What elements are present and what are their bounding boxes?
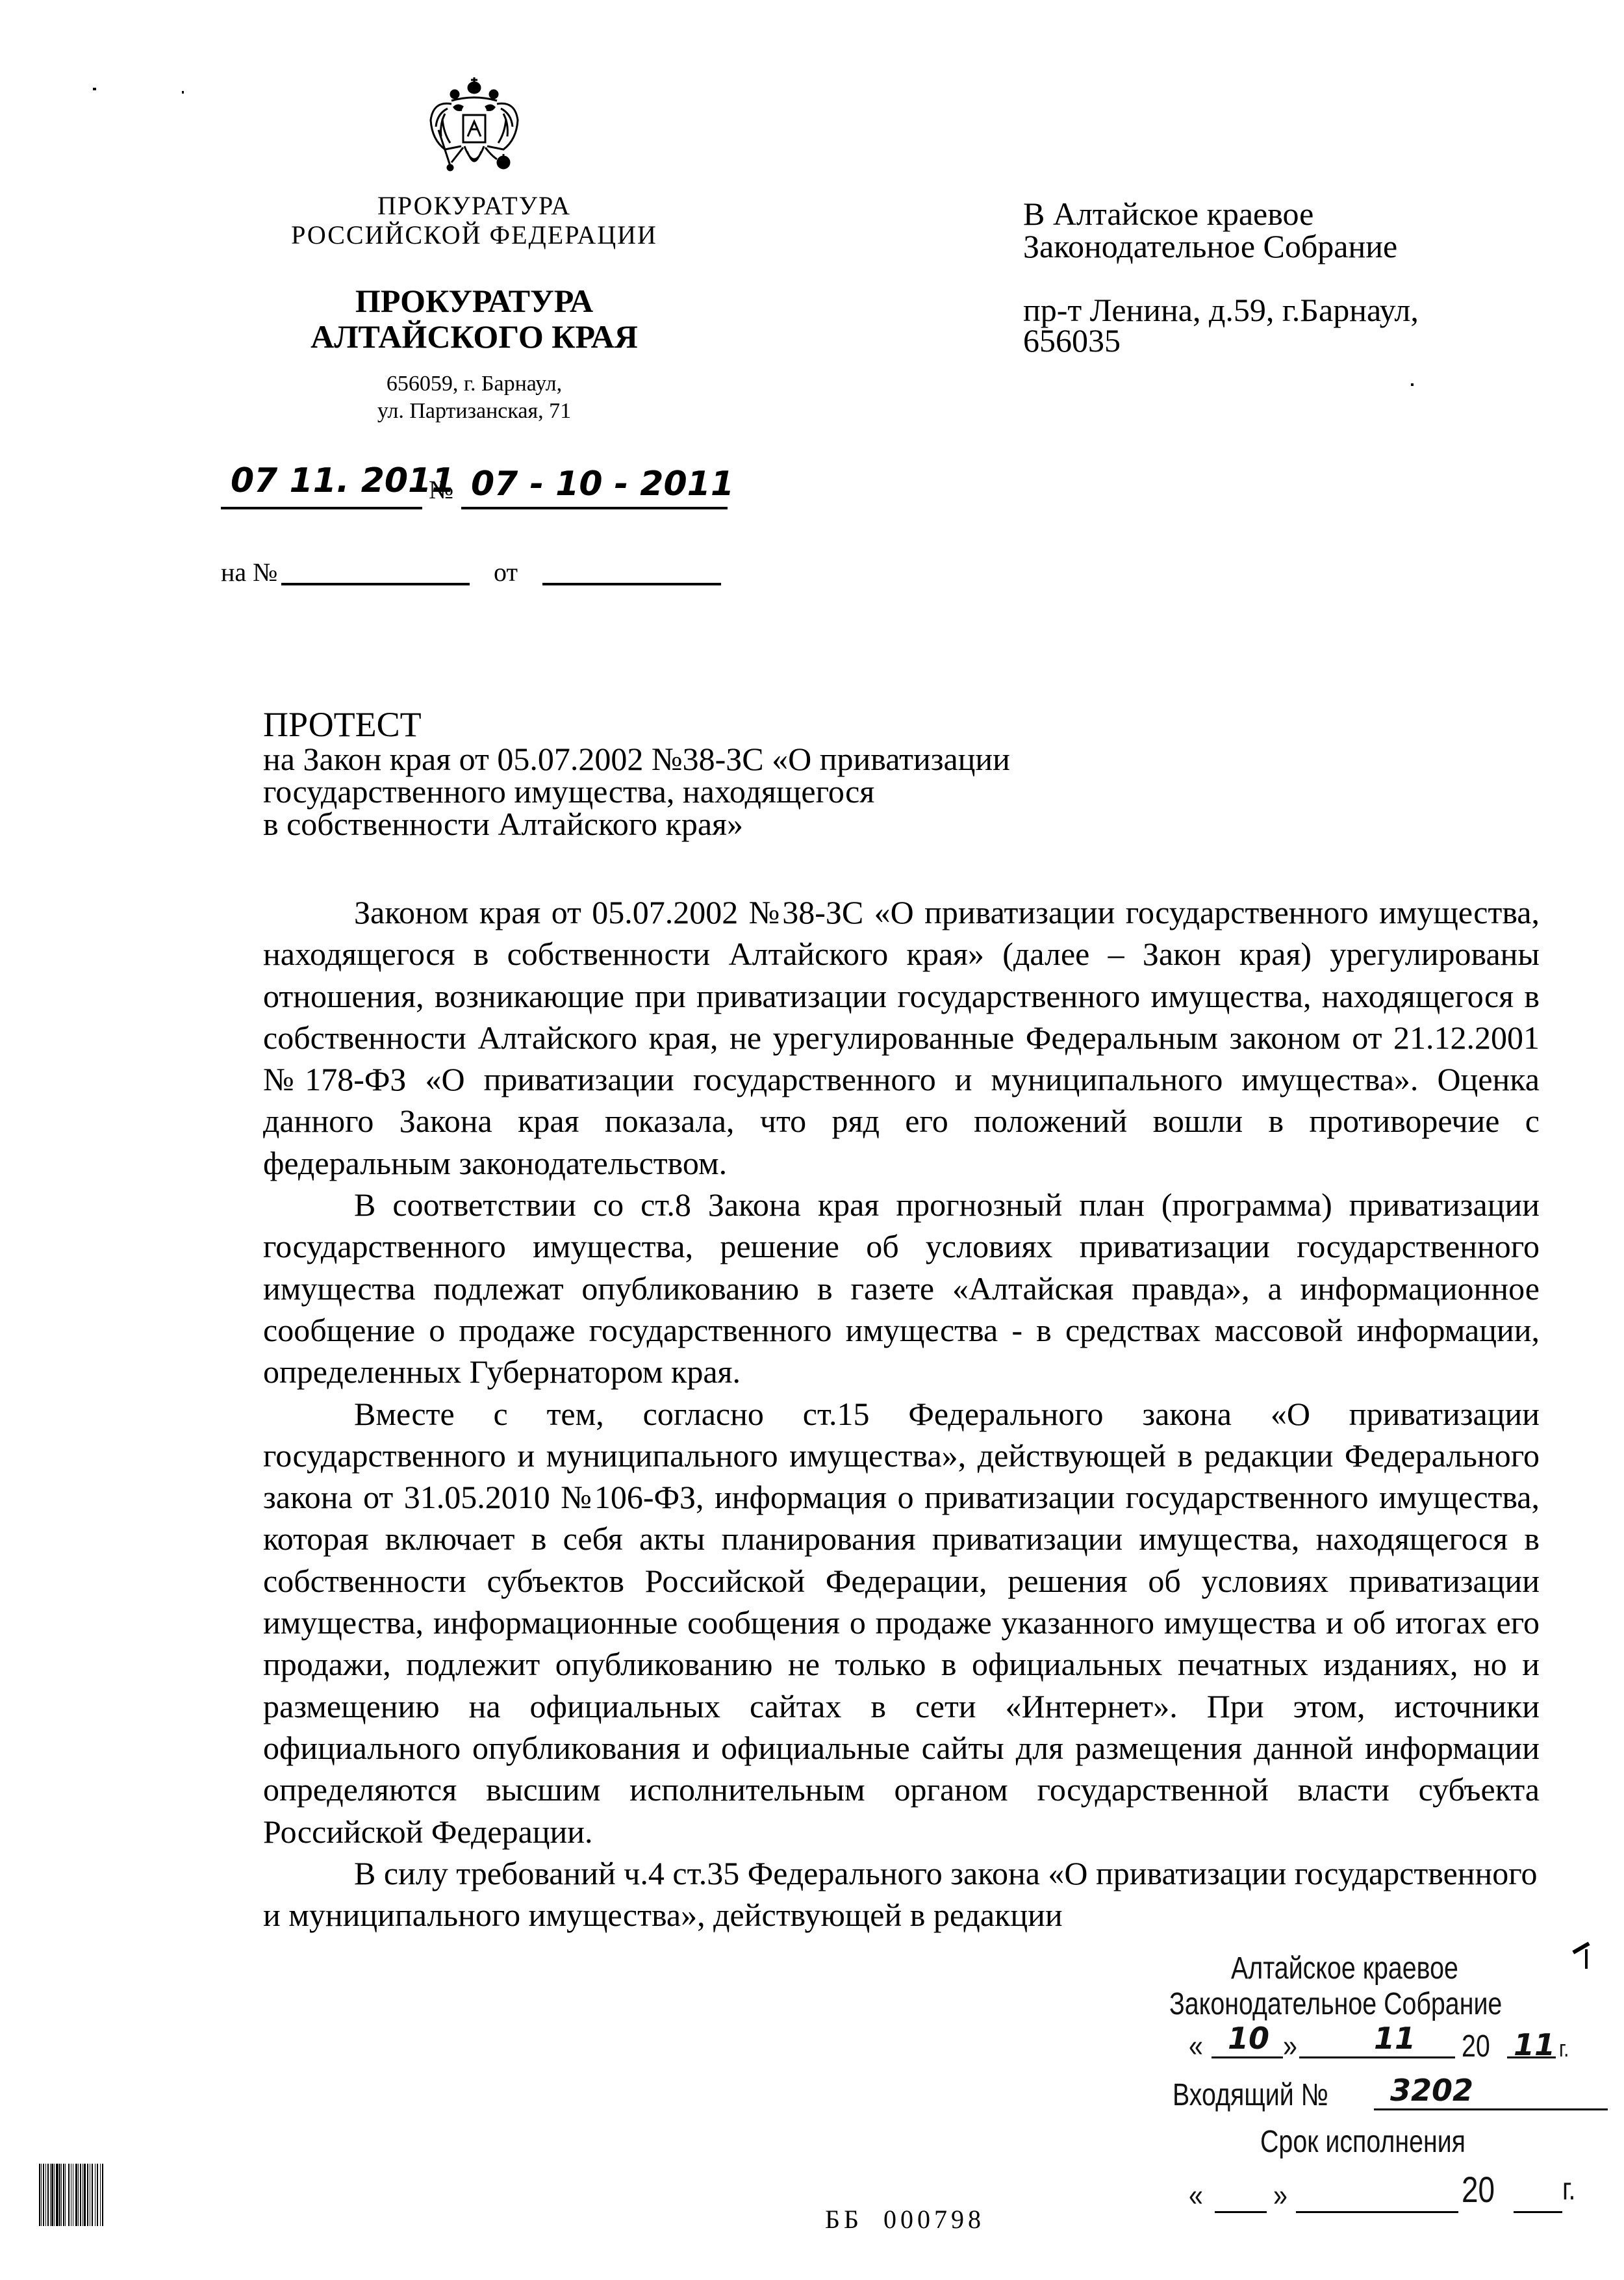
stamp-year-underline — [1507, 2056, 1556, 2058]
from-label: от — [494, 557, 518, 587]
scan-speck — [182, 91, 184, 94]
stamp-deadline-year-prefix: 20 — [1462, 2173, 1495, 2206]
stamp-day-underline — [1212, 2056, 1283, 2058]
coat-of-arms-emblem — [425, 75, 523, 185]
addressee-line2: Законодательное Собрание — [1023, 231, 1397, 262]
stamp-deadline-suffix: г. — [1562, 2173, 1575, 2206]
from-date-field — [542, 583, 721, 585]
body-paragraph: Законом края от 05.07.2002 №38-ЗС «О при… — [263, 891, 1540, 1184]
outgoing-date-handwritten: 07 11. 2011 — [231, 461, 455, 500]
title-line1: на Закон края от 05.07.2002 №38-ЗС «О пр… — [263, 743, 1010, 775]
document-body: Законом края от 05.07.2002 №38-ЗС «О при… — [263, 891, 1540, 1936]
org-name-line1: ПРОКУРАТУРА — [279, 192, 669, 220]
scan-speck — [93, 88, 96, 90]
addressee-line1: В Алтайское краевое — [1023, 198, 1313, 229]
stamp-date-close-quote: » — [1283, 2030, 1297, 2063]
title-line2: государственного имущества, находящегося — [263, 775, 874, 808]
office-address-line2: ул. Партизанская, 71 — [279, 398, 669, 425]
org-name-line2: РОССИЙСКОЙ ФЕДЕРАЦИИ — [279, 221, 669, 250]
date-underline — [221, 507, 422, 509]
stamp-line1: Алтайское краевое — [1231, 1953, 1458, 1985]
stamp-date-open-quote: « — [1189, 2030, 1203, 2063]
barcode — [39, 2164, 104, 2226]
reply-number-field — [281, 583, 470, 585]
body-paragraph: В соответствии со ст.8 Закона края прогн… — [263, 1184, 1540, 1392]
office-address-line1: 656059, г. Барнаул, — [279, 370, 669, 398]
stamp-mark — [1585, 1949, 1588, 1969]
office-name-line2: АЛТАЙСКОГО КРАЯ — [247, 318, 702, 355]
stamp-deadline-open-quote: « — [1189, 2180, 1203, 2212]
office-name-line1: ПРОКУРАТУРА — [247, 283, 702, 319]
stamp-month-underline — [1299, 2056, 1455, 2058]
addressee-address-line2: 656035 — [1023, 325, 1121, 356]
stamp-deadline-day-field — [1215, 2211, 1267, 2213]
number-underline — [461, 507, 728, 509]
stamp-deadline-label: Срок исполнения — [1260, 2126, 1465, 2158]
stamp-incoming-number: 3202 — [1390, 2073, 1473, 2108]
number-sign: № — [429, 474, 453, 505]
outgoing-number-handwritten: 07 - 10 - 2011 — [471, 465, 734, 504]
body-paragraph: Вместе с тем, согласно ст.15 Федеральног… — [263, 1393, 1540, 1852]
stamp-deadline-month-field — [1296, 2211, 1458, 2213]
reply-to-label: на № — [221, 557, 277, 587]
stamp-date-day: 10 — [1228, 2021, 1269, 2056]
stamp-date-suffix: г. — [1559, 2032, 1569, 2065]
stamp-incoming-underline — [1374, 2108, 1608, 2110]
stamp-date-month: 11 — [1374, 2021, 1415, 2056]
addressee-address-line1: пр-т Ленина, д.59, г.Барнаул, — [1023, 294, 1419, 326]
title-heading: ПРОТЕСТ — [263, 708, 422, 741]
form-serial-number: ББ 000798 — [825, 2204, 985, 2235]
stamp-deadline-close-quote: » — [1273, 2180, 1288, 2212]
stamp-date-year-prefix: 20 — [1462, 2030, 1490, 2063]
stamp-incoming-label: Входящий № — [1173, 2079, 1328, 2112]
stamp-deadline-year-field — [1514, 2211, 1562, 2213]
body-paragraph: В силу требований ч.4 ст.35 Федерального… — [263, 1852, 1540, 1936]
scan-speck — [1411, 383, 1414, 386]
stamp-line2: Законодательное Собрание — [1169, 1988, 1502, 2021]
title-line3: в собственности Алтайского края» — [263, 808, 743, 840]
